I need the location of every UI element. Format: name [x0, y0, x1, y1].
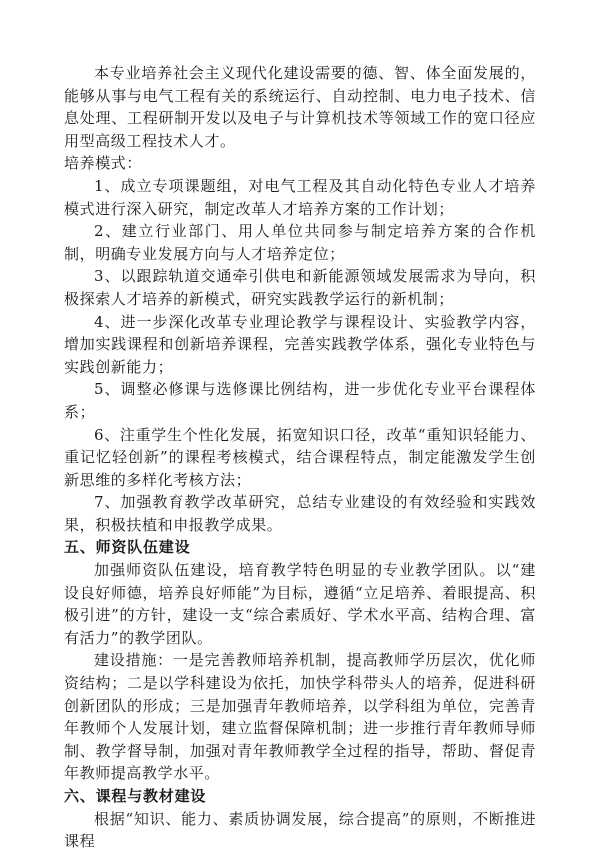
faculty-paragraph-1: 加强师资队伍建设，培育教学特色明显的专业教学团队。以“建设良好师德，培养良好师能… [64, 559, 536, 649]
training-mode-label: 培养模式： [64, 152, 536, 175]
training-mode-item-3: 3、以跟踪轨道交通牵引供电和新能源领域发展需求为导向，积极探索人才培养的新模式，… [64, 265, 536, 310]
curriculum-paragraph-1: 根据“知识、能力、素质协调发展，综合提高”的原则，不断推进课程 [64, 808, 536, 848]
training-mode-item-4: 4、进一步深化改革专业理论教学与课程设计、实验教学内容，增加实践课程和创新培养课… [64, 311, 536, 379]
document-page: 本专业培养社会主义现代化建设需要的德、智、体全面发展的，能够从事与电气工程有关的… [64, 62, 536, 848]
intro-paragraph: 本专业培养社会主义现代化建设需要的德、智、体全面发展的，能够从事与电气工程有关的… [64, 62, 536, 152]
section-heading-curriculum: 六、课程与教材建设 [64, 785, 536, 808]
faculty-paragraph-2: 建设措施：一是完善教师培养机制，提高教师学历层次，优化师资结构；二是以学科建设为… [64, 649, 536, 785]
section-heading-faculty: 五、师资队伍建设 [64, 536, 536, 559]
training-mode-item-6: 6、注重学生个性化发展，拓宽知识口径，改革“重知识轻能力、重记忆轻创新”的课程考… [64, 424, 536, 492]
training-mode-item-7: 7、加强教育教学改革研究，总结专业建设的有效经验和实践效果，积极扶植和申报教学成… [64, 491, 536, 536]
training-mode-item-5: 5、调整必修课与选修课比例结构，进一步优化专业平台课程体系； [64, 378, 536, 423]
training-mode-item-1: 1、成立专项课题组，对电气工程及其自动化特色专业人才培养模式进行深入研究，制定改… [64, 175, 536, 220]
training-mode-item-2: 2、建立行业部门、用人单位共同参与制定培养方案的合作机制，明确专业发展方向与人才… [64, 220, 536, 265]
